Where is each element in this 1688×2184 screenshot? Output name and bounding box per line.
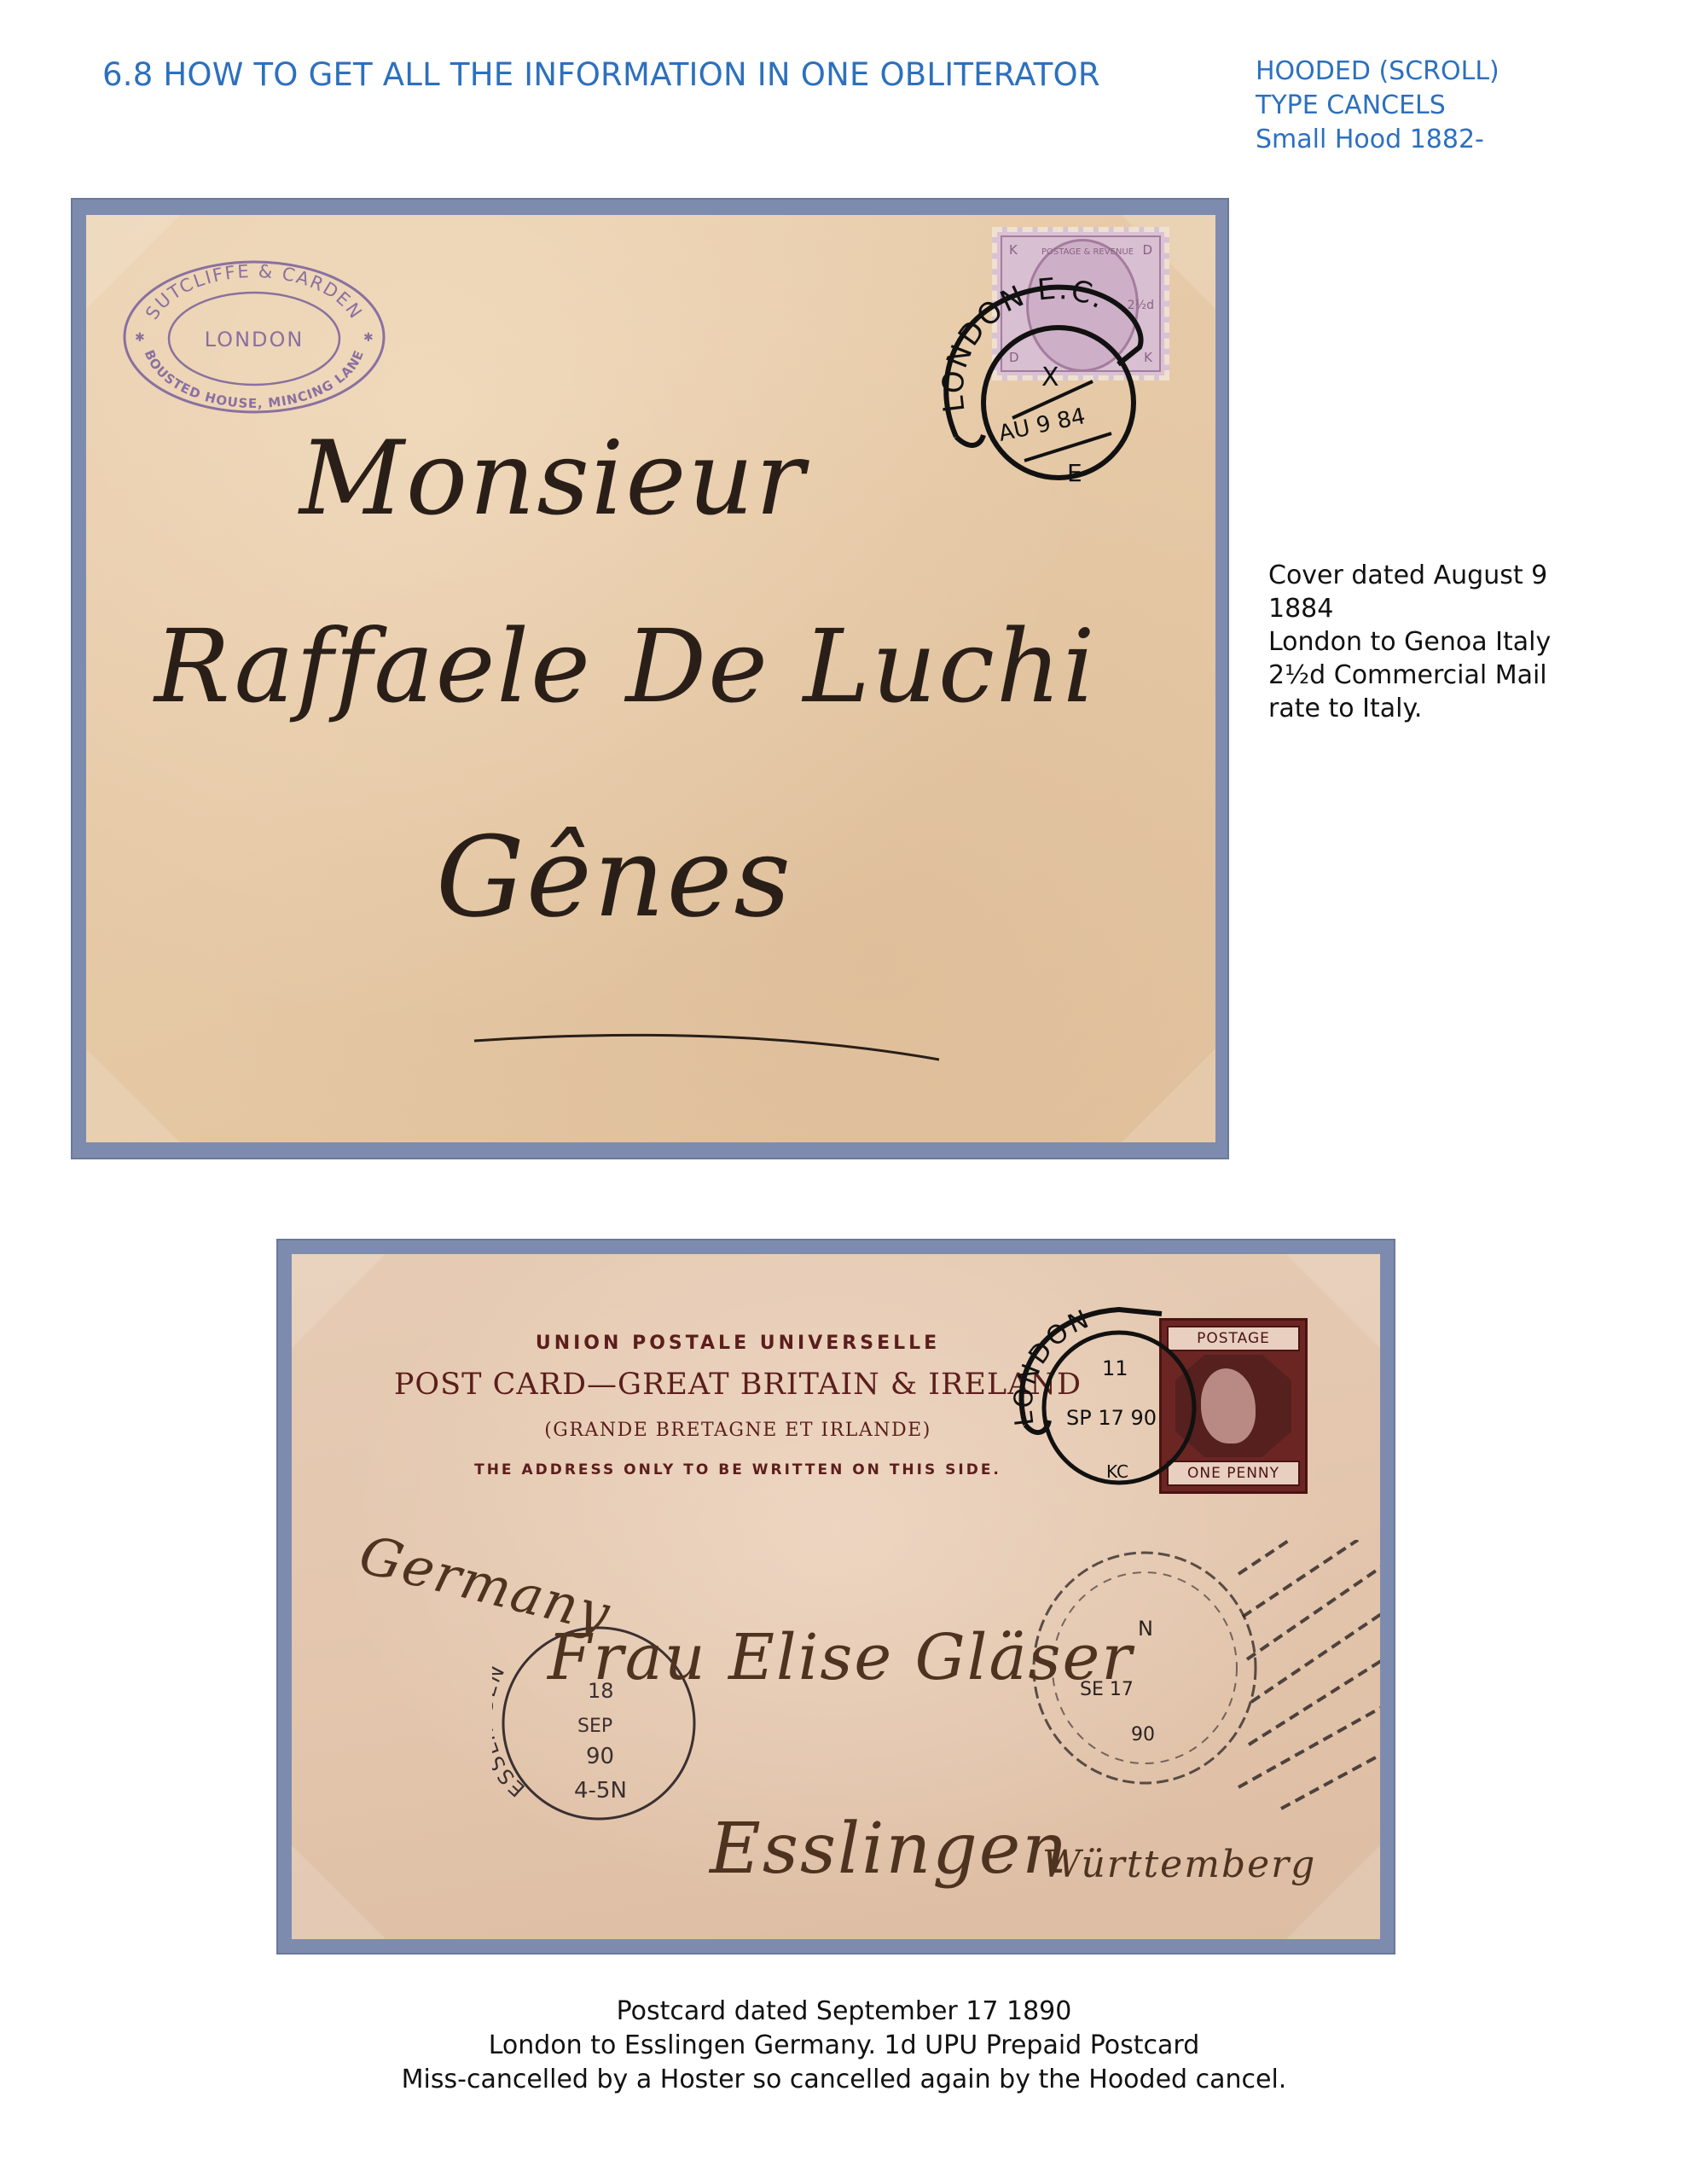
postmark-month: SEP: [577, 1716, 612, 1737]
caption-line: 2½d Commercial Mail: [1268, 659, 1551, 692]
postmark-code: N: [1138, 1617, 1153, 1641]
caption-line: 1884: [1268, 592, 1551, 625]
postmark-ring-text: ESSLINGEN: [492, 1660, 530, 1801]
cover-caption: Cover dated August 9 1884 London to Geno…: [1268, 559, 1551, 725]
postmark-year: 90: [1131, 1724, 1155, 1745]
page-title: 6.8 HOW TO GET ALL THE INFORMATION IN ON…: [102, 56, 1100, 93]
stamp-corner-letter: D: [1142, 242, 1152, 258]
caption-line: Postcard dated September 17 1890: [0, 1995, 1688, 2029]
stamp-corner-letter: K: [1009, 242, 1018, 258]
postmark-sub-code: KC: [1106, 1461, 1128, 1482]
section-heading-line: TYPE CANCELS: [1256, 89, 1499, 123]
address-line: Raffaele De Luchi: [154, 607, 1097, 725]
svg-text:ESSLINGEN: ESSLINGEN: [492, 1660, 530, 1801]
caption-line: Miss-cancelled by a Hoster so cancelled …: [0, 2063, 1688, 2097]
address-line: Gênes: [436, 812, 792, 942]
svg-text:✱: ✱: [363, 331, 374, 345]
postmark-date: AU 9 84: [996, 404, 1088, 447]
address-line: Esslingen: [710, 1809, 1069, 1890]
address-underline: [470, 1017, 948, 1068]
section-heading-line: Small Hood 1882-: [1256, 123, 1499, 157]
postmark-code: X: [1041, 363, 1059, 392]
postmark-year: 90: [586, 1744, 614, 1769]
address-line: Monsieur: [299, 420, 806, 538]
mount-corner: [292, 1845, 386, 1939]
stamp-inscription: POSTAGE & REVENUE: [1041, 247, 1134, 257]
cover-mount: SUTCLIFFE & CARDEN BOUSTED HOUSE, MINCIN…: [71, 198, 1229, 1159]
mount-corner: [1122, 1048, 1215, 1142]
caption-line: London to Esslingen Germany. 1d UPU Prep…: [0, 2029, 1688, 2063]
mount-corner: [86, 1048, 180, 1142]
postcard: UNION POSTALE UNIVERSELLE POST CARD—GREA…: [292, 1254, 1380, 1939]
cover-envelope: SUTCLIFFE & CARDEN BOUSTED HOUSE, MINCIN…: [86, 215, 1215, 1142]
postmark-date: SP 17 90: [1066, 1406, 1157, 1430]
postmark-sub-code: E: [1067, 459, 1082, 487]
caption-line: London to Genoa Italy: [1268, 625, 1551, 659]
postmark-time: 4-5N: [574, 1778, 627, 1804]
address-line: Frau Elise Gläser: [548, 1621, 1134, 1694]
svg-text:✱: ✱: [135, 331, 145, 345]
hooded-postmark: LONDON 11 SP 17 90 KC: [1000, 1288, 1221, 1510]
section-heading: HOODED (SCROLL) TYPE CANCELS Small Hood …: [1256, 55, 1499, 157]
section-heading-line: HOODED (SCROLL): [1256, 55, 1499, 89]
cachet-center-text: LONDON: [205, 328, 305, 351]
caption-line: Cover dated August 9: [1268, 559, 1551, 592]
address-line: Württemberg: [1042, 1843, 1316, 1886]
postcard-caption: Postcard dated September 17 1890 London …: [0, 1995, 1688, 2097]
caption-line: rate to Italy.: [1268, 692, 1551, 725]
postcard-mount: UNION POSTALE UNIVERSELLE POST CARD—GREA…: [276, 1239, 1395, 1955]
hooded-postmark: LONDON E.C. X AU 9 84 E: [931, 266, 1161, 488]
postmark-code: 11: [1102, 1356, 1128, 1380]
sender-cachet: SUTCLIFFE & CARDEN BOUSTED HOUSE, MINCIN…: [118, 256, 391, 418]
